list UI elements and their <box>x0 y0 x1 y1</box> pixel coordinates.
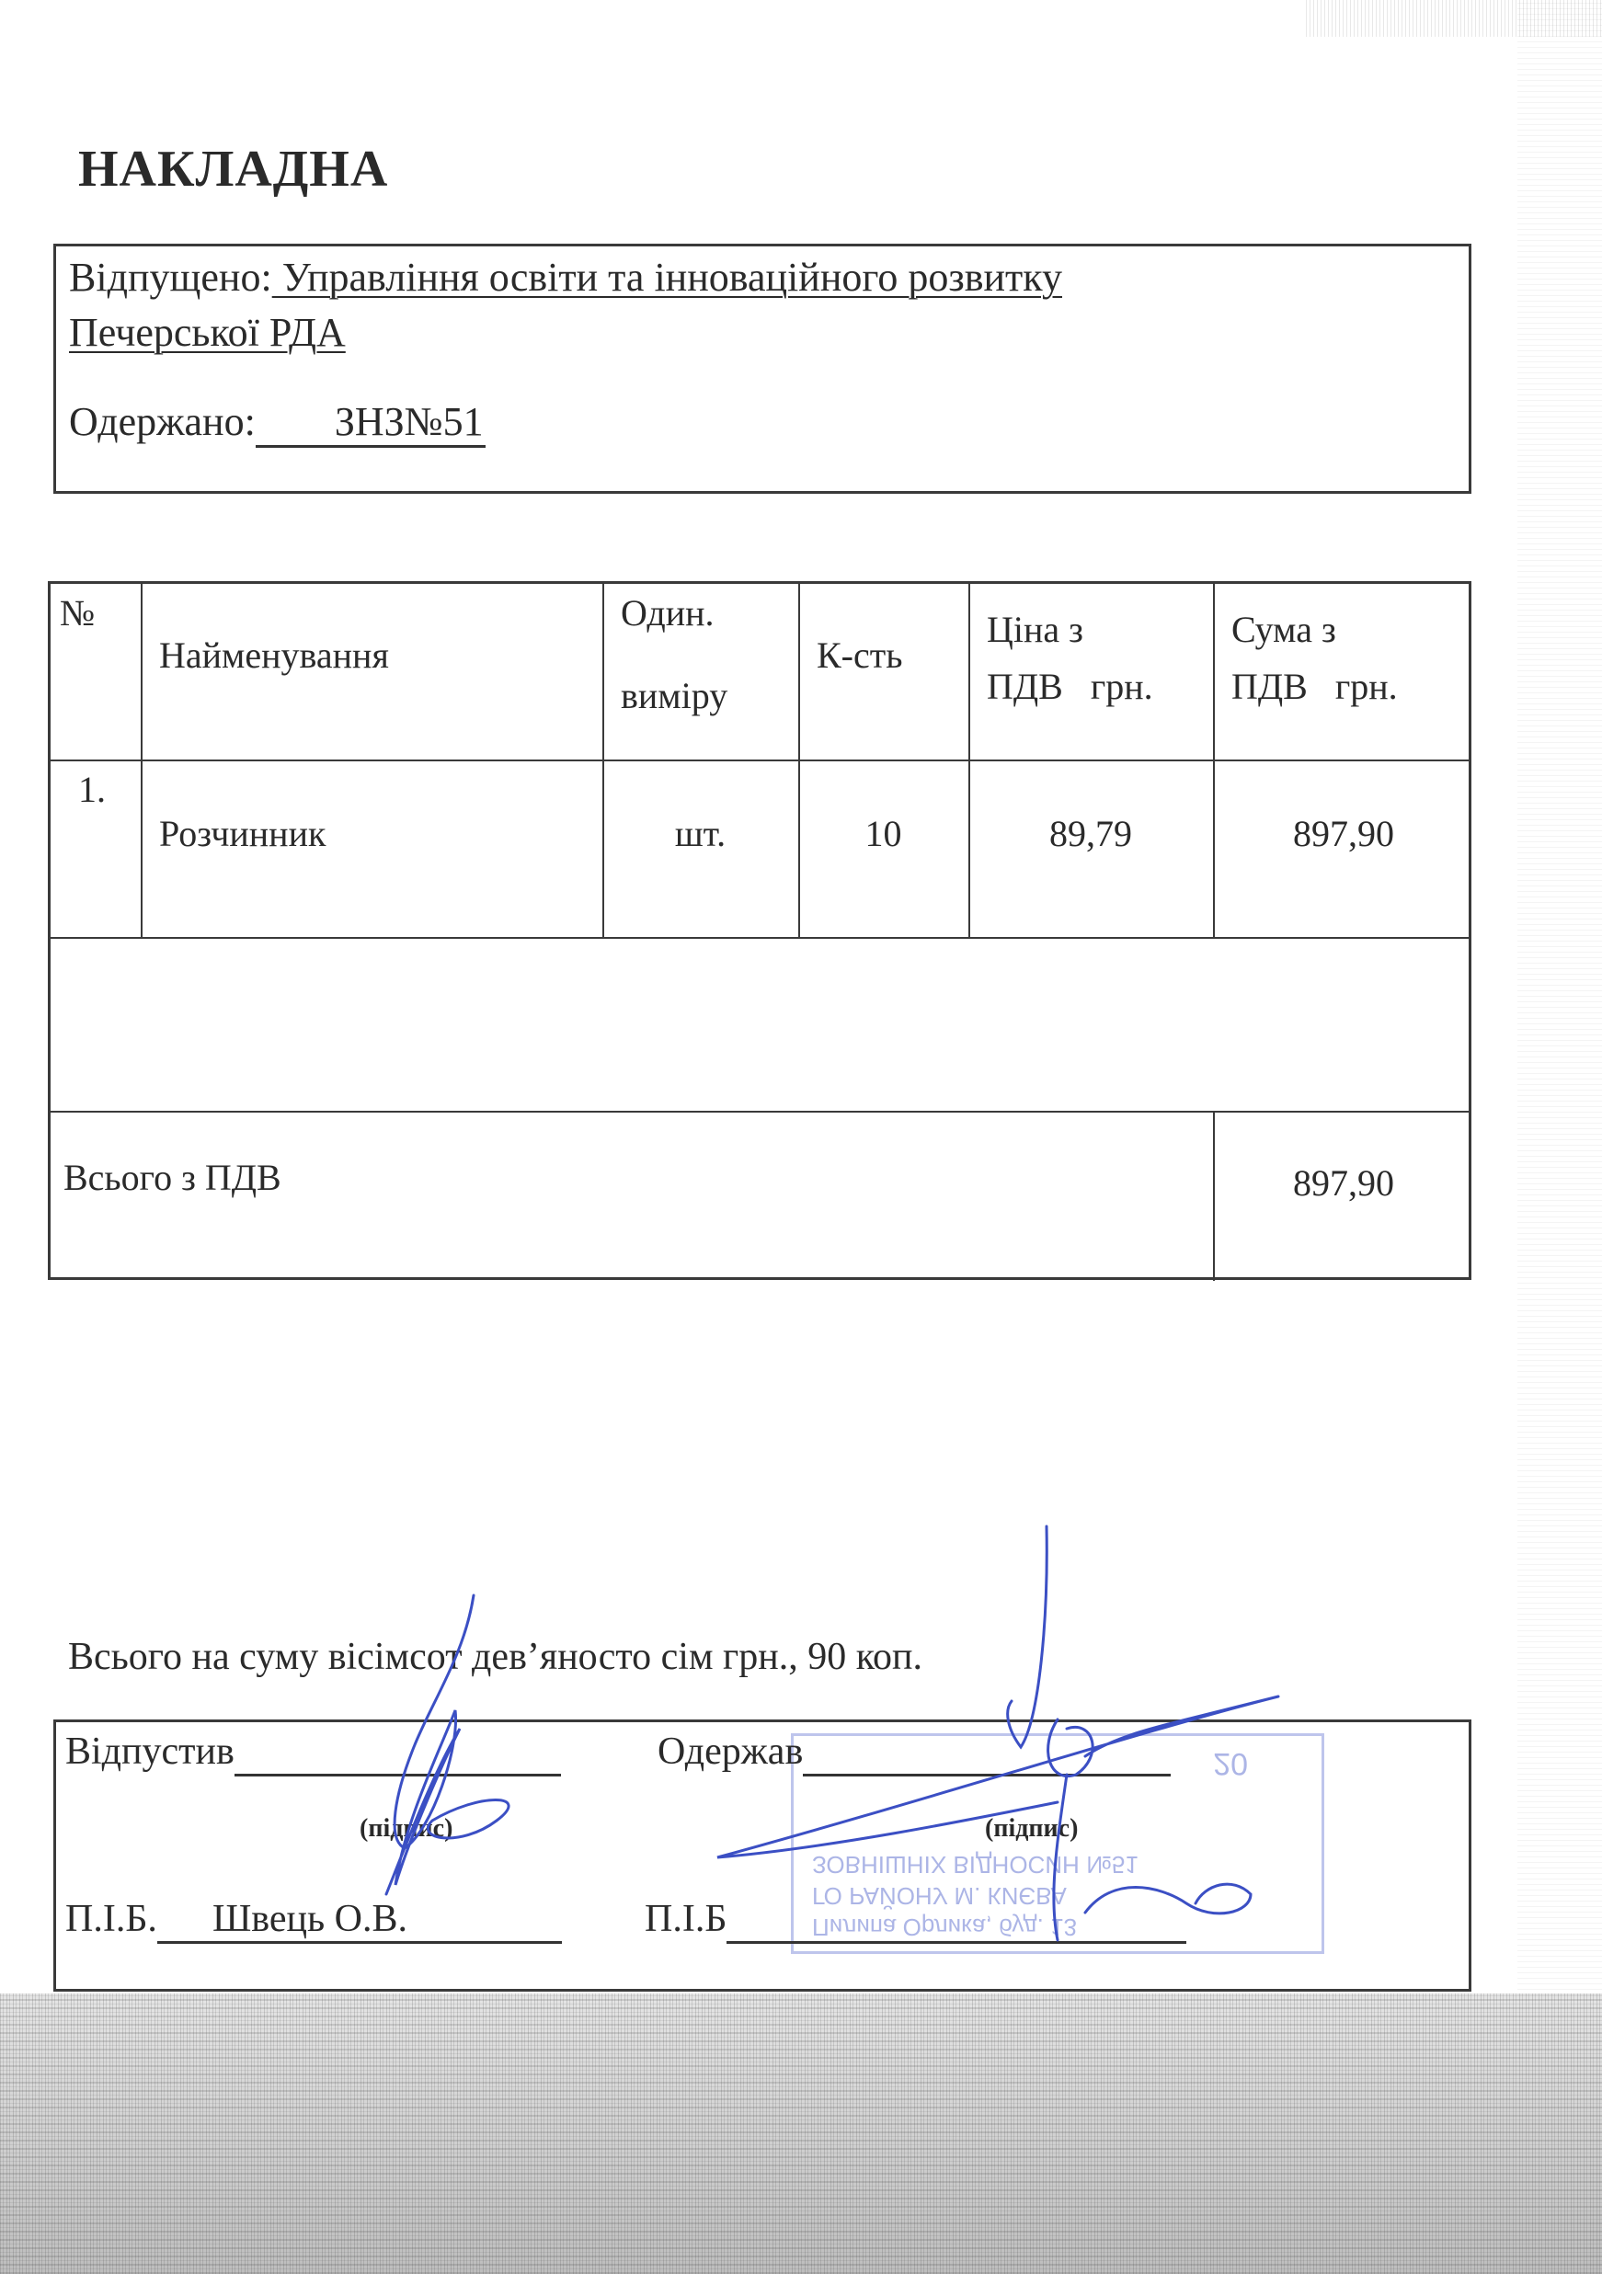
released-label: Відпущено: <box>69 255 272 300</box>
parties-box: Відпущено: Управління освіти та інноваці… <box>53 244 1471 494</box>
received-value-line: ЗНЗ№51 <box>256 398 486 448</box>
header-unit-line2: виміру <box>621 667 727 725</box>
name-line-right <box>727 1897 1186 1944</box>
name-label-right: П.І.Б <box>645 1898 727 1940</box>
scan-noise-top <box>1306 0 1602 37</box>
released-by-row: Відпустив <box>65 1730 561 1776</box>
header-sum-line1: Сума з <box>1231 600 1336 659</box>
received-value: ЗНЗ№51 <box>335 398 484 445</box>
released-by-signature-line <box>235 1730 561 1776</box>
received-by-signature-line <box>803 1730 1171 1776</box>
released-value: Управління освіти та інноваційного розви… <box>272 255 1062 300</box>
received-by-row: Одержав <box>658 1730 1171 1776</box>
items-table: № Найменування Один. виміру К-сть Ціна з… <box>48 581 1471 1280</box>
name-label-left: П.І.Б. <box>65 1898 157 1940</box>
received-by-label: Одержав <box>658 1731 803 1773</box>
header-num: № <box>60 584 95 643</box>
header-unit-line1: Один. <box>621 584 715 643</box>
received-label: Одержано: <box>69 399 256 444</box>
name-line-left: Швець О.В. <box>157 1897 562 1944</box>
total-label: Всього з ПДВ <box>63 1148 281 1207</box>
name-row-left: П.І.Б.Швець О.В. <box>65 1897 562 1944</box>
header-price-line2: ПДВ грн. <box>987 657 1153 716</box>
signature-caption-right: (підпис) <box>985 1814 1078 1844</box>
scan-noise-right-edge <box>1517 0 1602 1995</box>
released-row: Відпущено: Управління освіти та інноваці… <box>69 254 1062 301</box>
document-title: НАКЛАДНА <box>78 140 388 199</box>
header-qty: К-сть <box>817 626 902 685</box>
header-sum-line2: ПДВ грн. <box>1231 657 1398 716</box>
name-value-left: Швець О.В. <box>212 1897 407 1941</box>
received-row: Одержано:ЗНЗ№51 <box>69 398 486 448</box>
signatures-box: Відпустив Одержав (підпис) (підпис) П.І.… <box>53 1719 1471 1992</box>
row-num: 1. <box>78 760 106 819</box>
row-qty: 10 <box>798 805 968 863</box>
name-row-right: П.І.Б <box>645 1897 1186 1944</box>
released-value-continued: Печерської РДА <box>69 310 346 355</box>
header-name: Найменування <box>159 626 389 685</box>
row-name: Розчинник <box>159 805 326 863</box>
total-value: 897,90 <box>1213 1154 1474 1213</box>
scan-noise-bottom <box>0 1993 1602 2274</box>
signature-caption-left: (підпис) <box>360 1814 452 1844</box>
row-sum: 897,90 <box>1213 805 1474 863</box>
released-by-label: Відпустив <box>65 1731 235 1773</box>
row-price: 89,79 <box>968 805 1213 863</box>
row-unit: шт. <box>602 805 798 863</box>
amount-in-words: Всього на суму вісімсот дев’яносто сім г… <box>68 1635 922 1679</box>
header-price-line1: Ціна з <box>987 600 1083 659</box>
